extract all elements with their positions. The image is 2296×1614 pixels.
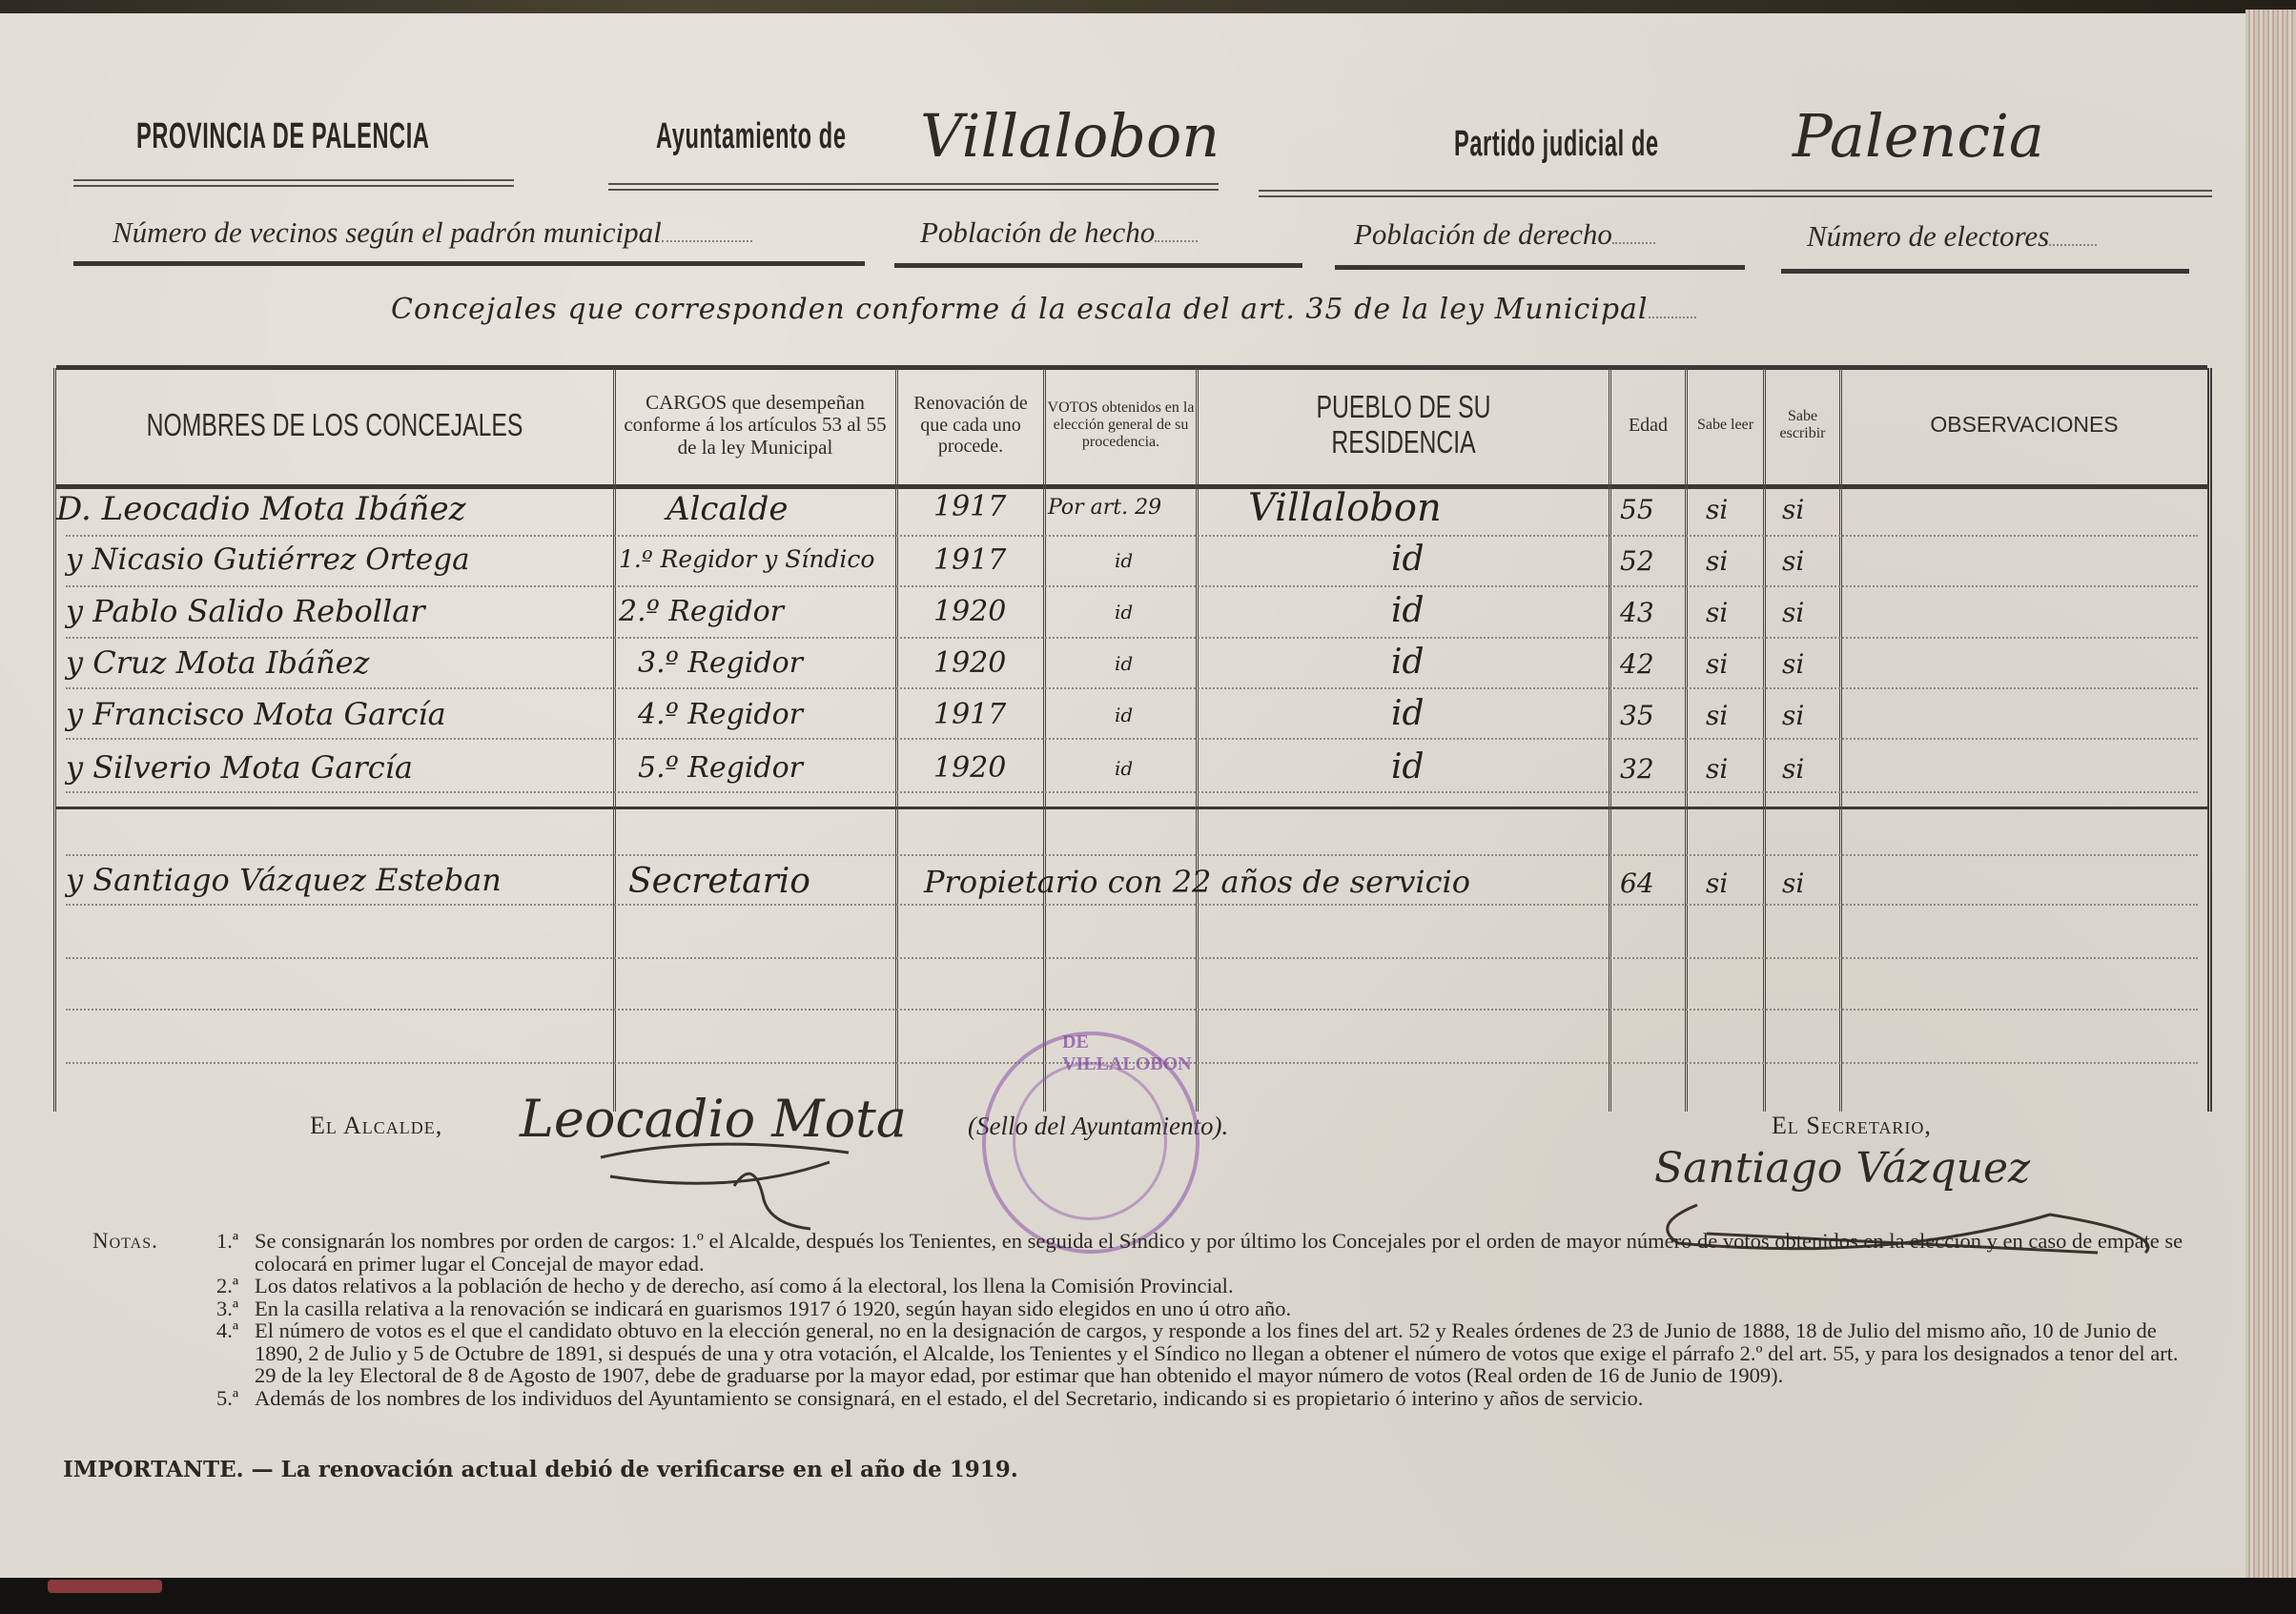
signature-flourish-icon <box>591 1138 858 1234</box>
vecinos-label: Número de vecinos según el padrón munici… <box>113 215 662 249</box>
column-header-votos: VOTOS obtenidos en la elección general d… <box>1047 376 1195 475</box>
cell-nombre[interactable]: y Cruz Mota Ibáñez <box>66 644 369 681</box>
cell-votos[interactable]: id <box>1115 549 1133 572</box>
cell-cargo[interactable]: 5.º Regidor <box>638 751 803 785</box>
poblacion-hecho-label: Población de hecho <box>920 215 1155 249</box>
concejales-field[interactable]: Concejales que corresponden conforme á l… <box>391 293 1696 326</box>
importante-text: — La renovación actual debió de verifica… <box>252 1457 1018 1482</box>
concejales-table: NOMBRES DE LOS CONCEJALES CARGOS que des… <box>53 368 2212 1112</box>
partido-label: Partido judicial de <box>1454 124 1659 165</box>
poblacion-hecho-field[interactable]: Población de hecho <box>920 215 1198 250</box>
book-page-edges <box>2245 10 2296 1583</box>
divider <box>73 261 865 266</box>
column-header-sabe-escribir: Sabe escribir <box>1767 376 1838 475</box>
cell-renovacion[interactable]: 1917 <box>933 698 1006 731</box>
note-item: 3.ª En la casilla relativa a la renovaci… <box>216 1297 2190 1320</box>
note-text: Los datos relativos a la población de he… <box>255 1275 2190 1297</box>
cell-escribir[interactable]: si <box>1782 868 1804 899</box>
cell-leer[interactable]: si <box>1706 700 1728 731</box>
notes-title: Notas. <box>92 1230 158 1253</box>
cell-edad[interactable]: 43 <box>1620 597 1654 628</box>
electores-label: Número de electores <box>1807 219 2049 253</box>
vecinos-field[interactable]: Número de vecinos según el padrón munici… <box>113 215 752 250</box>
column-header-sabe-leer: Sabe leer <box>1689 376 1762 475</box>
divider <box>1335 265 1745 270</box>
column-divider <box>1839 368 1842 1112</box>
cell-detalle[interactable]: Propietario con 22 años de servicio <box>924 864 1470 900</box>
notes-section: Notas. 1.ª Se consignarán los nombres po… <box>92 1230 2190 1409</box>
row-rule <box>66 738 2198 740</box>
column-divider <box>1685 368 1688 1112</box>
column-header-pueblo: PUEBLO DE SU RESIDENCIA <box>1251 376 1557 475</box>
table-section-border <box>56 807 2207 809</box>
row-rule <box>66 1009 2198 1011</box>
book-binding-bottom <box>0 1578 2296 1614</box>
note-text: Se consignarán los nombres por orden de … <box>255 1230 2190 1275</box>
concejales-label: Concejales que corresponden conforme á l… <box>391 293 1649 326</box>
table-header-border <box>56 484 2207 489</box>
note-number: 4.ª <box>216 1319 255 1387</box>
note-item: 2.ª Los datos relativos a la población d… <box>216 1275 2190 1297</box>
cell-edad[interactable]: 42 <box>1620 648 1654 680</box>
cell-leer[interactable]: si <box>1706 868 1728 899</box>
cell-votos[interactable]: id <box>1115 601 1133 623</box>
secretario-signature[interactable]: Santiago Vázquez <box>1654 1144 2030 1193</box>
cell-nombre[interactable]: y Santiago Vázquez Esteban <box>66 862 502 898</box>
cell-edad[interactable]: 32 <box>1620 753 1654 785</box>
table-top-border <box>56 365 2207 370</box>
cell-cargo[interactable]: 2.º Regidor <box>619 595 784 628</box>
cell-escribir[interactable]: si <box>1782 753 1804 785</box>
row-rule <box>66 904 2198 906</box>
row-rule <box>66 791 2198 793</box>
town-seal-stamp: DE VILLALOBON <box>982 1032 1199 1254</box>
cell-nombre[interactable]: y Silverio Mota García <box>66 749 413 786</box>
column-divider <box>1043 368 1046 1112</box>
note-number: 5.ª <box>216 1387 255 1410</box>
cell-cargo[interactable]: 1.º Regidor y Síndico <box>619 545 874 573</box>
province-label: PROVINCIA DE PALENCIA <box>136 116 430 157</box>
cell-leer[interactable]: si <box>1706 597 1728 628</box>
cell-cargo[interactable]: 4.º Regidor <box>638 698 803 731</box>
cell-pueblo[interactable]: Villalobon <box>1248 486 1442 530</box>
cell-edad[interactable]: 35 <box>1620 700 1654 731</box>
secretario-label: El Secretario, <box>1772 1112 1932 1140</box>
cell-renovacion[interactable]: 1920 <box>933 751 1006 785</box>
alcalde-label: El Alcalde, <box>310 1112 442 1140</box>
cell-edad[interactable]: 52 <box>1620 545 1654 577</box>
cell-cargo[interactable]: 3.º Regidor <box>638 646 803 680</box>
cell-nombre[interactable]: y Francisco Mota García <box>66 696 446 732</box>
cell-nombre[interactable]: y Nicasio Gutiérrez Ortega <box>66 542 470 577</box>
cell-renovacion[interactable]: 1917 <box>933 543 1006 577</box>
row-rule <box>66 637 2198 639</box>
cell-votos[interactable]: id <box>1115 704 1133 726</box>
column-divider <box>613 368 616 1112</box>
ayuntamiento-value[interactable]: Villalobon <box>920 101 1220 171</box>
cell-edad[interactable]: 64 <box>1620 868 1654 899</box>
cell-pueblo[interactable]: id <box>1391 694 1425 733</box>
note-number: 3.ª <box>216 1297 255 1320</box>
note-item: 5.ª Además de los nombres de los individ… <box>216 1387 2190 1410</box>
cell-votos[interactable]: id <box>1115 757 1133 780</box>
note-text: El número de votos es el que el candidat… <box>255 1319 2190 1387</box>
cell-renovacion[interactable]: 1920 <box>933 595 1006 628</box>
column-divider <box>1763 368 1766 1112</box>
electores-field[interactable]: Número de electores <box>1807 219 2097 254</box>
column-header-observaciones: OBSERVACIONES <box>1843 376 2205 475</box>
cell-leer[interactable]: si <box>1706 545 1728 577</box>
column-header-cargos: CARGOS que desempeñan conforme á los art… <box>617 376 893 475</box>
cell-pueblo[interactable]: id <box>1391 643 1425 682</box>
cell-escribir[interactable]: si <box>1782 494 1804 525</box>
column-divider <box>1609 368 1611 1112</box>
stamp-text: DE VILLALOBON <box>1062 1032 1196 1075</box>
column-divider <box>1196 368 1199 1112</box>
note-item: 4.ª El número de votos es el que el cand… <box>216 1319 2190 1387</box>
row-rule <box>66 957 2198 959</box>
note-number: 1.ª <box>216 1230 255 1275</box>
note-text: En la casilla relativa a la renovación s… <box>255 1297 2190 1320</box>
cell-leer[interactable]: si <box>1706 648 1728 680</box>
column-divider <box>895 368 898 1112</box>
divider <box>1259 190 2212 197</box>
cell-nombre[interactable]: D. Leocadio Mota Ibáñez <box>56 490 465 528</box>
cell-pueblo[interactable]: id <box>1391 540 1425 579</box>
document-page: PROVINCIA DE PALENCIA Ayuntamiento de Vi… <box>0 13 2245 1582</box>
poblacion-derecho-label: Población de derecho <box>1354 217 1612 251</box>
cell-leer[interactable]: si <box>1706 494 1728 525</box>
cell-renovacion[interactable]: 1917 <box>933 490 1006 523</box>
cell-escribir[interactable]: si <box>1782 648 1804 680</box>
note-text: Además de los nombres de los individuos … <box>255 1387 2190 1410</box>
cell-edad[interactable]: 55 <box>1620 494 1654 525</box>
importante-label: IMPORTANTE. <box>63 1457 244 1482</box>
cell-renovacion[interactable]: 1920 <box>933 646 1006 680</box>
partido-value[interactable]: Palencia <box>1793 101 2044 171</box>
row-rule <box>66 854 2198 856</box>
row-rule <box>66 687 2198 689</box>
cell-leer[interactable]: si <box>1706 753 1728 785</box>
poblacion-derecho-field[interactable]: Población de derecho <box>1354 217 1655 252</box>
divider <box>894 263 1302 268</box>
ayuntamiento-label: Ayuntamiento de <box>656 116 847 157</box>
cell-nombre[interactable]: y Pablo Salido Rebollar <box>66 593 425 629</box>
column-header-renovacion: Renovación de que cada uno procede. <box>899 376 1042 475</box>
divider <box>73 179 514 187</box>
cell-votos[interactable]: Por art. 29 <box>1048 496 1161 520</box>
note-number: 2.ª <box>216 1275 255 1297</box>
cell-votos[interactable]: id <box>1115 652 1133 675</box>
cell-escribir[interactable]: si <box>1782 545 1804 577</box>
column-header-edad: Edad <box>1612 376 1684 475</box>
cell-cargo[interactable]: Secretario <box>628 862 810 901</box>
divider <box>1781 269 2189 274</box>
column-header-nombres: NOMBRES DE LOS CONCEJALES <box>126 376 543 475</box>
note-item: 1.ª Se consignarán los nombres por orden… <box>216 1230 2190 1275</box>
cell-pueblo[interactable]: id <box>1391 591 1425 630</box>
row-rule <box>66 585 2198 587</box>
divider <box>608 183 1219 191</box>
row-rule <box>66 535 2198 537</box>
importante-notice: IMPORTANTE. — La renovación actual debió… <box>63 1457 1018 1482</box>
cell-pueblo[interactable]: id <box>1391 747 1425 787</box>
cell-escribir[interactable]: si <box>1782 597 1804 628</box>
cell-escribir[interactable]: si <box>1782 700 1804 731</box>
cell-cargo[interactable]: Alcalde <box>666 490 789 528</box>
